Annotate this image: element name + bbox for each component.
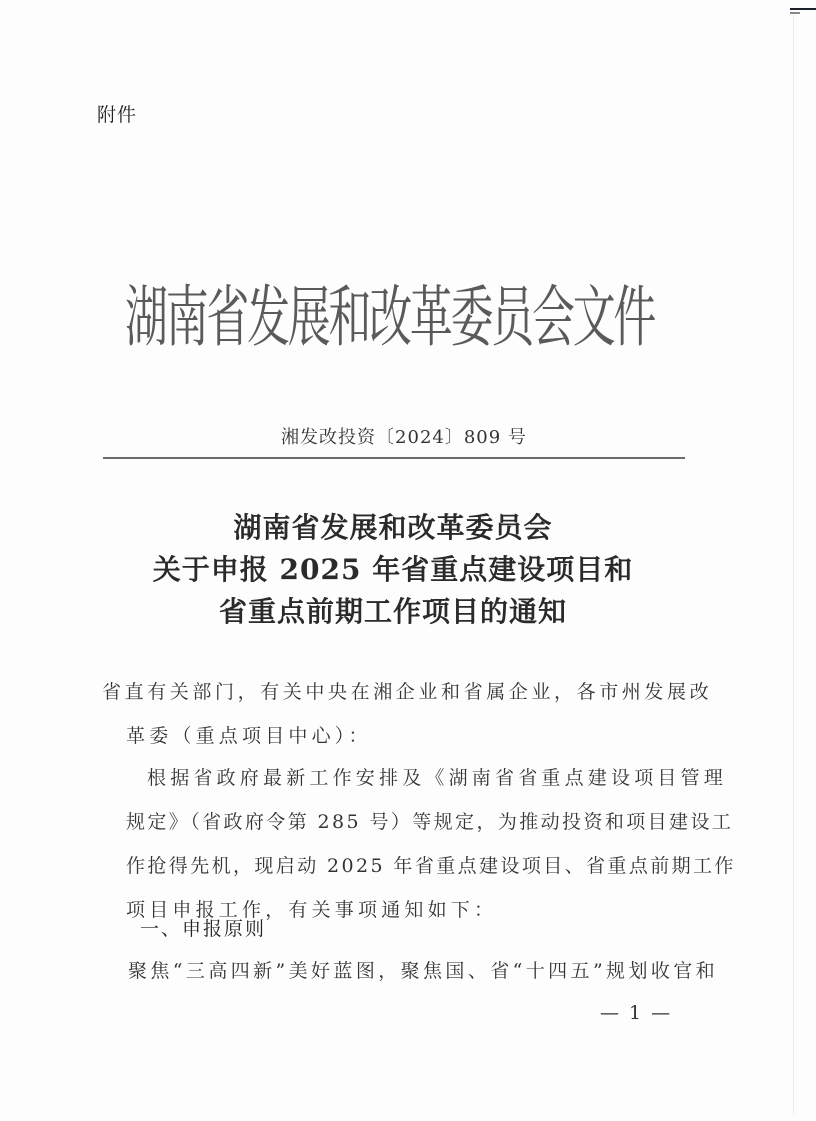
title-line-1: 湖南省发展和改革委员会: [0, 507, 816, 549]
recipients-line: 省直有关部门，有关中央在湘企业和省属企业，各市州发展改: [102, 670, 693, 714]
recipients-paragraph: 省直有关部门，有关中央在湘企业和省属企业，各市州发展改 革委（重点项目中心）：: [128, 670, 693, 758]
header-divider: [103, 457, 685, 459]
document-title: 湖南省发展和改革委员会 关于申报 2025 年省重点建设项目和 省重点前期工作项…: [0, 507, 816, 633]
title-line-2: 关于申报 2025 年省重点建设项目和: [0, 549, 816, 591]
document-number: 湘发改投资〔2024〕809 号: [281, 423, 527, 449]
main-paragraph-line: 规定》（省政府令第 285 号）等规定，为推动投资和项目建设工: [126, 800, 693, 844]
recipients-line: 革委（重点项目中心）：: [126, 714, 693, 758]
scan-edge-mark: [790, 12, 800, 14]
main-paragraph-line: 根据省政府最新工作安排及《湖南省省重点建设项目管理: [128, 756, 693, 800]
scan-edge-mark: [790, 8, 816, 10]
issuer-header: 湖南省发展和改革委员会文件: [125, 263, 539, 360]
title-line-3: 省重点前期工作项目的通知: [0, 591, 816, 633]
section-1-paragraph: 聚焦“三高四新”美好蓝图，聚焦国、省“十四五”规划收官和: [128, 956, 718, 983]
document-page: 附件 湖南省发展和改革委员会文件 湘发改投资〔2024〕809 号 湖南省发展和…: [0, 0, 816, 1121]
page-number: — 1 —: [600, 1002, 672, 1024]
main-paragraph: 根据省政府最新工作安排及《湖南省省重点建设项目管理 规定》（省政府令第 285 …: [128, 756, 693, 932]
document-number-row: 湘发改投资〔2024〕809 号: [0, 423, 816, 449]
main-paragraph-line: 作抢得先机，现启动 2025 年省重点建设项目、省重点前期工作: [126, 844, 693, 888]
attachment-label: 附件: [97, 100, 137, 127]
section-heading-1: 一、申报原则: [140, 914, 266, 941]
